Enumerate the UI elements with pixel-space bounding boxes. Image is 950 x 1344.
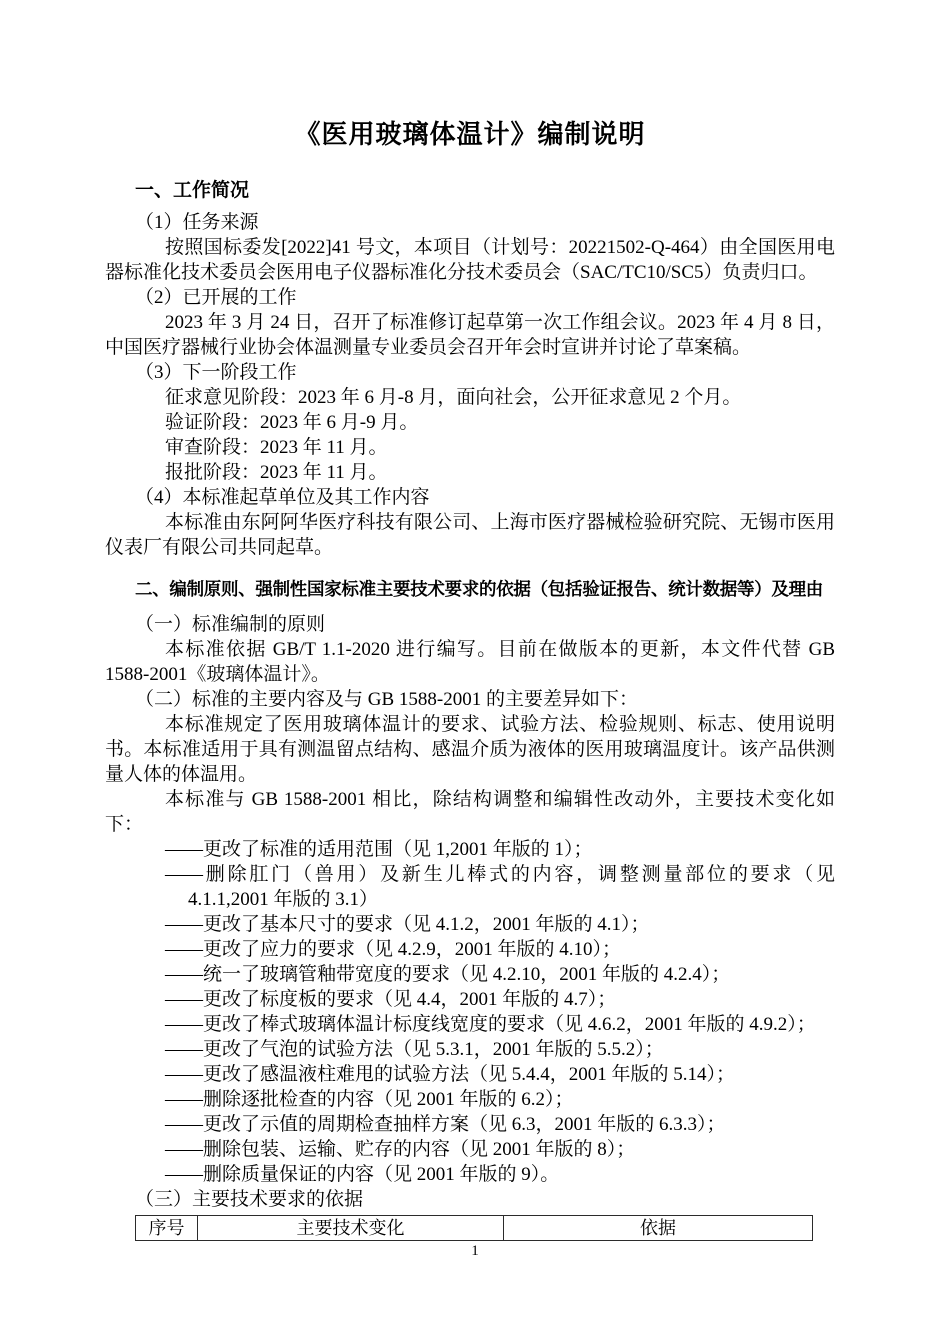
subheading-next-stage: （3）下一阶段工作 [105, 360, 835, 385]
section1-heading: 一、工作简况 [105, 178, 835, 204]
subheading-basis: （三）主要技术要求的依据 [105, 1187, 835, 1212]
stage-line-review: 审查阶段：2023 年 11 月。 [105, 435, 835, 460]
stage-line-comments: 征求意见阶段：2023 年 6 月-8 月，面向社会，公开征求意见 2 个月。 [105, 385, 835, 410]
change-item: ——更改了标准的适用范围（见 1,2001 年版的 1）； [105, 837, 835, 862]
change-item: ——更改了示值的周期检查抽样方案（见 6.3，2001 年版的 6.3.3）； [105, 1112, 835, 1137]
change-item: ——删除包装、运输、贮存的内容（见 2001 年版的 8）； [105, 1137, 835, 1162]
basis-table: 序号 主要技术变化 依据 [135, 1215, 813, 1241]
document-page: 《医用玻璃体温计》编制说明 一、工作简况 （1）任务来源 按照国标委发[2022… [0, 0, 950, 1344]
section2-heading: 二、编制原则、强制性国家标准主要技术要求的依据（包括验证报告、统计数据等）及理由 [105, 576, 835, 602]
change-item: ——统一了玻璃管釉带宽度的要求（见 4.2.10，2001 年版的 4.2.4）… [105, 962, 835, 987]
table-header-index: 序号 [136, 1216, 198, 1241]
change-item: ——更改了棒式玻璃体温计标度线宽度的要求（见 4.6.2，2001 年版的 4.… [105, 1012, 835, 1037]
change-item: ——更改了感温液柱难甩的试验方法（见 5.4.4，2001 年版的 5.14）； [105, 1062, 835, 1087]
subheading-principles: （一）标准编制的原则 [105, 612, 835, 637]
paragraph-scope: 本标准规定了医用玻璃体温计的要求、试验方法、检验规则、标志、使用说明书。本标准适… [105, 712, 835, 787]
subheading-work-done: （2）已开展的工作 [105, 285, 835, 310]
subheading-task-source: （1）任务来源 [105, 210, 835, 235]
stage-line-verification: 验证阶段：2023 年 6 月-9 月。 [105, 410, 835, 435]
document-content: 《医用玻璃体温计》编制说明 一、工作简况 （1）任务来源 按照国标委发[2022… [105, 0, 835, 1241]
change-item: ——更改了应力的要求（见 4.2.9，2001 年版的 4.10）； [105, 937, 835, 962]
paragraph-task-source: 按照国标委发[2022]41 号文，本项目（计划号：20221502-Q-464… [105, 235, 835, 285]
change-item: ——删除肛门（兽用）及新生儿棒式的内容，调整测量部位的要求（见 4.1.1,20… [105, 862, 835, 912]
page-number: 1 [0, 1243, 950, 1260]
paragraph-work-done: 2023 年 3 月 24 日，召开了标准修订起草第一次工作组会议。2023 年… [105, 310, 835, 360]
table-header-change: 主要技术变化 [198, 1216, 504, 1241]
paragraph-principles: 本标准依据 GB/T 1.1-2020 进行编写。目前在做版本的更新，本文件代替… [105, 637, 835, 687]
paragraph-changes-intro: 本标准与 GB 1588-2001 相比，除结构调整和编辑性改动外，主要技术变化… [105, 787, 835, 837]
change-item: ——更改了基本尺寸的要求（见 4.1.2，2001 年版的 4.1）； [105, 912, 835, 937]
subheading-drafting-units: （4）本标准起草单位及其工作内容 [105, 485, 835, 510]
subheading-main-content: （二）标准的主要内容及与 GB 1588-2001 的主要差异如下： [105, 687, 835, 712]
change-item: ——更改了标度板的要求（见 4.4，2001 年版的 4.7）； [105, 987, 835, 1012]
table-header-row: 序号 主要技术变化 依据 [136, 1216, 813, 1241]
change-item: ——更改了气泡的试验方法（见 5.3.1，2001 年版的 5.5.2）； [105, 1037, 835, 1062]
change-item: ——删除逐批检查的内容（见 2001 年版的 6.2）； [105, 1087, 835, 1112]
change-item: ——删除质量保证的内容（见 2001 年版的 9）。 [105, 1162, 835, 1187]
stage-line-approval: 报批阶段：2023 年 11 月。 [105, 460, 835, 485]
table-header-basis: 依据 [504, 1216, 813, 1241]
paragraph-drafting-units: 本标准由东阿阿华医疗科技有限公司、上海市医疗器械检验研究院、无锡市医用仪表厂有限… [105, 510, 835, 560]
document-title: 《医用玻璃体温计》编制说明 [105, 116, 835, 152]
